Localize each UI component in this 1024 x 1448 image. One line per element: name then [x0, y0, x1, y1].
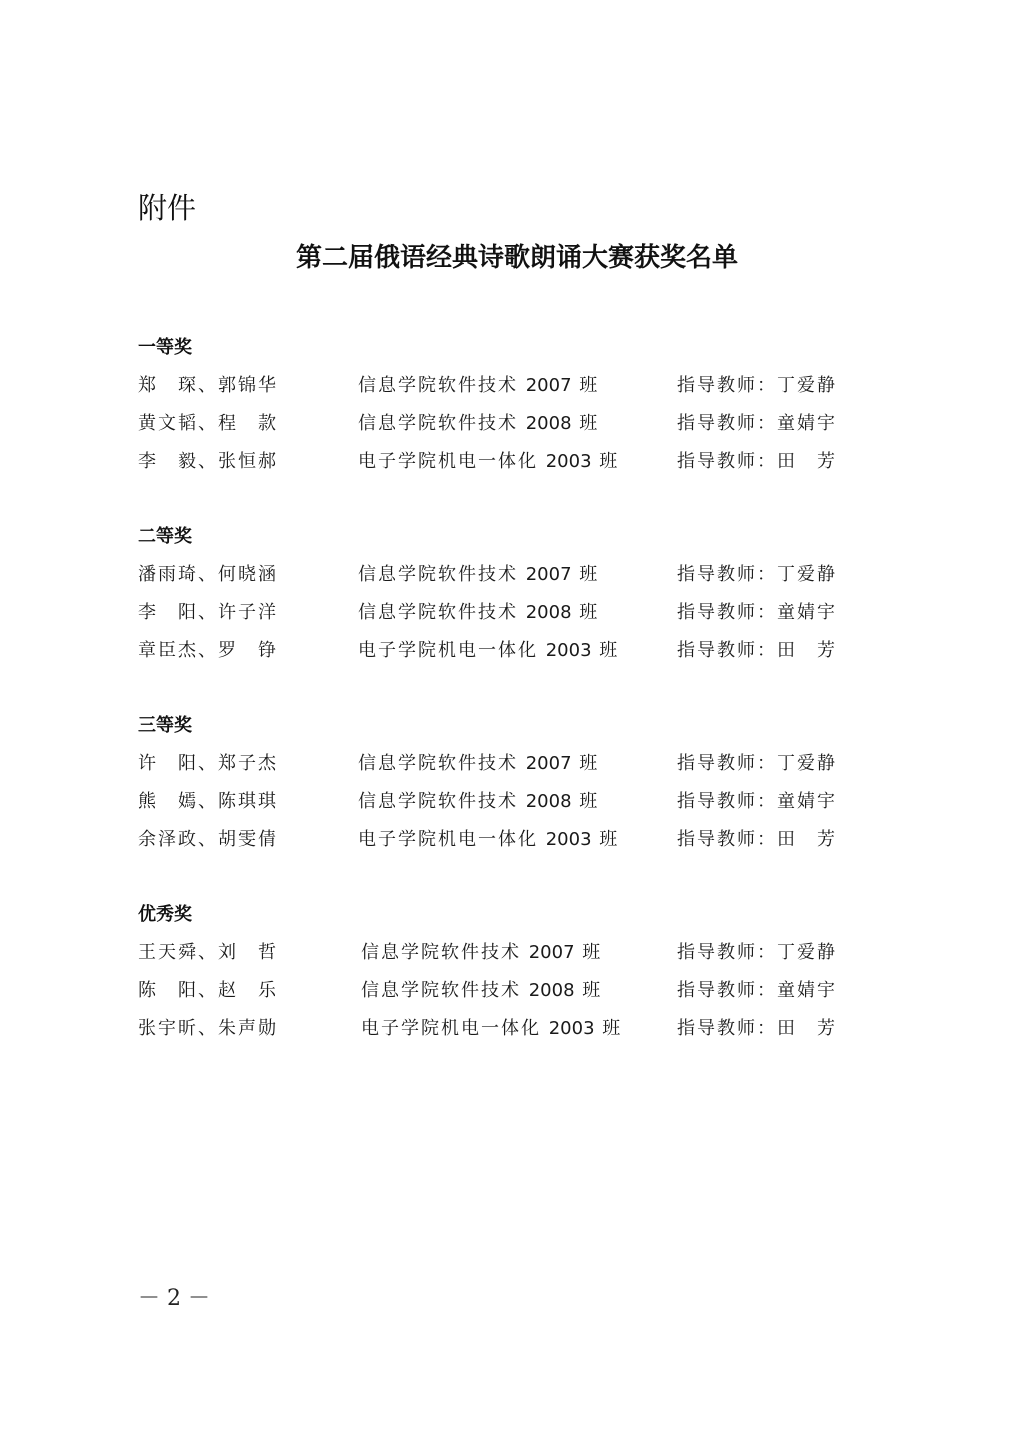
class-year: 2008: [526, 413, 572, 434]
award-row: 陈 阳、赵 乐 信息学院软件技术 2008 班 指导教师：童婧宇: [138, 979, 858, 1017]
winner-names: 熊 嫣、陈琪琪: [138, 790, 278, 814]
winner-names: 潘雨琦、何晓涵: [138, 563, 278, 587]
award-section-excellence: 优秀奖 王天舜、刘 哲 信息学院软件技术 2007 班 指导教师：丁爱静 陈 阳…: [138, 903, 858, 1055]
class-prefix: 电子学院机电一体化: [358, 640, 546, 661]
class-year: 2003: [546, 640, 592, 661]
class-info: 电子学院机电一体化 2003 班: [358, 639, 619, 663]
class-prefix: 信息学院软件技术: [361, 942, 529, 963]
class-year: 2003: [549, 1018, 595, 1039]
advisor: 指导教师：丁爱静: [677, 941, 837, 965]
award-row: 熊 嫣、陈琪琪 信息学院软件技术 2008 班 指导教师：童婧宇: [138, 790, 858, 828]
class-info: 电子学院机电一体化 2003 班: [358, 450, 619, 474]
advisor: 指导教师：童婧宇: [677, 979, 837, 1003]
class-suffix: 班: [572, 791, 600, 812]
winner-names: 余泽政、胡雯倩: [138, 828, 278, 852]
award-row: 郑 琛、郭锦华 信息学院软件技术 2007 班 指导教师：丁爱静: [138, 374, 858, 412]
class-prefix: 电子学院机电一体化: [358, 451, 546, 472]
document-title: 第二届俄语经典诗歌朗诵大赛获奖名单: [0, 240, 1024, 276]
advisor: 指导教师：童婧宇: [677, 790, 837, 814]
class-year: 2007: [526, 564, 572, 585]
advisor: 指导教师：田 芳: [677, 639, 837, 663]
class-suffix: 班: [572, 753, 600, 774]
class-suffix: 班: [572, 413, 600, 434]
class-info: 信息学院软件技术 2007 班: [361, 941, 602, 965]
winner-names: 郑 琛、郭锦华: [138, 374, 278, 398]
advisor: 指导教师：丁爱静: [677, 752, 837, 776]
class-year: 2003: [546, 829, 592, 850]
winner-names: 王天舜、刘 哲: [138, 941, 278, 965]
class-suffix: 班: [592, 451, 620, 472]
award-row: 王天舜、刘 哲 信息学院软件技术 2007 班 指导教师：丁爱静: [138, 941, 858, 979]
class-prefix: 信息学院软件技术: [358, 564, 526, 585]
class-prefix: 电子学院机电一体化: [361, 1018, 549, 1039]
class-prefix: 信息学院软件技术: [358, 753, 526, 774]
award-row: 章臣杰、罗 铮 电子学院机电一体化 2003 班 指导教师：田 芳: [138, 639, 858, 677]
class-info: 信息学院软件技术 2007 班: [358, 563, 599, 587]
advisor: 指导教师：丁爱静: [677, 374, 837, 398]
class-suffix: 班: [572, 602, 600, 623]
class-info: 信息学院软件技术 2008 班: [361, 979, 602, 1003]
winner-names: 黄文韬、程 款: [138, 412, 278, 436]
class-suffix: 班: [572, 375, 600, 396]
award-row: 张宇昕、朱声勋 电子学院机电一体化 2003 班 指导教师：田 芳: [138, 1017, 858, 1055]
class-prefix: 电子学院机电一体化: [358, 829, 546, 850]
advisor: 指导教师：田 芳: [677, 828, 837, 852]
award-section-second: 二等奖 潘雨琦、何晓涵 信息学院软件技术 2007 班 指导教师：丁爱静 李 阳…: [138, 525, 858, 677]
class-prefix: 信息学院软件技术: [358, 413, 526, 434]
award-row: 潘雨琦、何晓涵 信息学院软件技术 2007 班 指导教师：丁爱静: [138, 563, 858, 601]
award-row: 李 阳、许子洋 信息学院软件技术 2008 班 指导教师：童婧宇: [138, 601, 858, 639]
winner-names: 许 阳、郑子杰: [138, 752, 278, 776]
class-info: 信息学院软件技术 2007 班: [358, 374, 599, 398]
award-section-third: 三等奖 许 阳、郑子杰 信息学院软件技术 2007 班 指导教师：丁爱静 熊 嫣…: [138, 714, 858, 866]
class-year: 2007: [526, 753, 572, 774]
award-row: 许 阳、郑子杰 信息学院软件技术 2007 班 指导教师：丁爱静: [138, 752, 858, 790]
advisor: 指导教师：童婧宇: [677, 601, 837, 625]
class-suffix: 班: [595, 1018, 623, 1039]
advisor: 指导教师：田 芳: [677, 1017, 837, 1041]
page-number: － 2 －: [138, 1285, 210, 1313]
class-prefix: 信息学院软件技术: [358, 602, 526, 623]
class-year: 2007: [526, 375, 572, 396]
class-info: 信息学院软件技术 2008 班: [358, 412, 599, 436]
class-year: 2007: [529, 942, 575, 963]
class-info: 信息学院软件技术 2007 班: [358, 752, 599, 776]
class-suffix: 班: [592, 829, 620, 850]
class-prefix: 信息学院软件技术: [361, 980, 529, 1001]
winner-names: 章臣杰、罗 铮: [138, 639, 278, 663]
class-info: 信息学院软件技术 2008 班: [358, 601, 599, 625]
award-row: 李 毅、张恒郝 电子学院机电一体化 2003 班 指导教师：田 芳: [138, 450, 858, 488]
class-year: 2003: [546, 451, 592, 472]
class-year: 2008: [529, 980, 575, 1001]
advisor: 指导教师：丁爱静: [677, 563, 837, 587]
section-heading: 三等奖: [138, 714, 858, 738]
advisor: 指导教师：田 芳: [677, 450, 837, 474]
class-info: 信息学院软件技术 2008 班: [358, 790, 599, 814]
winner-names: 李 毅、张恒郝: [138, 450, 278, 474]
advisor: 指导教师：童婧宇: [677, 412, 837, 436]
award-row: 余泽政、胡雯倩 电子学院机电一体化 2003 班 指导教师：田 芳: [138, 828, 858, 866]
award-section-first: 一等奖 郑 琛、郭锦华 信息学院软件技术 2007 班 指导教师：丁爱静 黄文韬…: [138, 336, 858, 488]
section-heading: 优秀奖: [138, 903, 858, 927]
class-suffix: 班: [575, 980, 603, 1001]
award-row: 黄文韬、程 款 信息学院软件技术 2008 班 指导教师：童婧宇: [138, 412, 858, 450]
section-heading: 一等奖: [138, 336, 858, 360]
winner-names: 陈 阳、赵 乐: [138, 979, 278, 1003]
class-prefix: 信息学院软件技术: [358, 375, 526, 396]
class-info: 电子学院机电一体化 2003 班: [361, 1017, 622, 1041]
class-suffix: 班: [572, 564, 600, 585]
class-year: 2008: [526, 602, 572, 623]
winner-names: 李 阳、许子洋: [138, 601, 278, 625]
attachment-label: 附件: [138, 190, 196, 226]
class-prefix: 信息学院软件技术: [358, 791, 526, 812]
class-suffix: 班: [575, 942, 603, 963]
section-heading: 二等奖: [138, 525, 858, 549]
class-year: 2008: [526, 791, 572, 812]
class-info: 电子学院机电一体化 2003 班: [358, 828, 619, 852]
class-suffix: 班: [592, 640, 620, 661]
winner-names: 张宇昕、朱声勋: [138, 1017, 278, 1041]
